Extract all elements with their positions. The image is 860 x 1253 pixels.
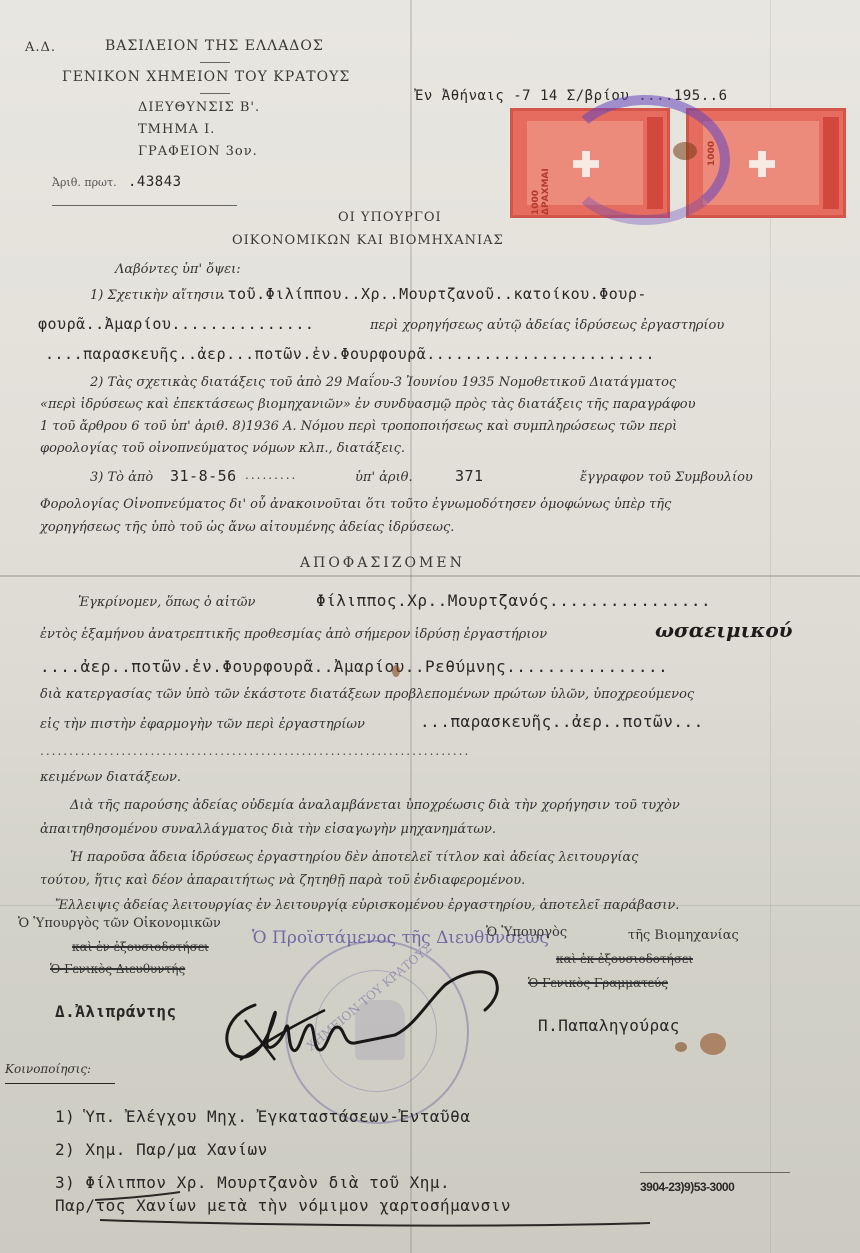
handwritten-signature xyxy=(215,965,505,1085)
header-rule-1 xyxy=(200,62,230,63)
header-rule-2 xyxy=(200,93,230,94)
stain xyxy=(675,1042,687,1052)
decision-heading: ΑΠΟΦΑΣΙΖΟΜΕΝ xyxy=(300,555,465,571)
print-code: 3904-23)9)53-3000 xyxy=(640,1180,734,1194)
decision-line-2: ἐντὸς ἑξαμήνου ἀνατρεπτικῆς προθεσμίας ἀ… xyxy=(40,627,547,642)
header-prefix: Α.Δ. xyxy=(25,40,56,55)
header-directorate: ΔΙΕΥΘΥΝΣΙΣ Β'. xyxy=(138,100,260,115)
item1-request-printed: περὶ χορηγήσεως αὐτῷ ἀδείας ἱδρύσεως ἐργ… xyxy=(370,318,724,333)
left-struck-line-2: Ὁ Γενικὸς Διευθυντής xyxy=(50,962,185,976)
item2-line-3: 1 τοῦ ἄρθρου 6 τοῦ ὑπ' ἀριθ. 8)1936 Α. Ν… xyxy=(40,419,677,434)
title-line-1: ΟΙ ΥΠΟΥΡΓΟΙ xyxy=(338,210,442,225)
left-struck-line-1: καὶ ἐν ἐξουσιοδοτήσει xyxy=(72,940,209,954)
title-line-2: ΟΙΚΟΝΟΜΙΚΩΝ ΚΑΙ ΒΙΟΜΗΧΑΝΙΑΣ xyxy=(232,233,504,248)
item3-line-2: Φορολογίας Οἰνοπνεύματος δι' οὗ ἀνακοινο… xyxy=(40,497,671,512)
decision-line-7: κειμένων διατάξεων. xyxy=(40,770,181,785)
left-signatory-name: Δ.Ἀλιπράντης xyxy=(55,1002,177,1021)
considering-intro: Λαβόντες ὑπ' ὄψει: xyxy=(115,262,241,277)
item3-date: 31-8-56 xyxy=(170,467,237,485)
para2-line-2: τούτου, ἥτις καὶ δέον ἀπαραιτήτως νὰ ζητ… xyxy=(40,873,525,888)
distribution-item-2: 2) Χημ. Παρ/μα Χανίων xyxy=(55,1140,268,1159)
stain xyxy=(700,1033,726,1055)
decision-line-4: διὰ κατεργασίας τῶν ὑπὸ τῶν ἑκάστοτε δια… xyxy=(40,687,694,702)
protocol-rule xyxy=(52,205,237,206)
item1-applicant-typed: .τοῦ.Φιλίππου..Χρ..Μουρτζανοῦ..κατοίκου.… xyxy=(218,285,647,303)
header-office: ΓΡΑΦΕΙΟΝ 3ον. xyxy=(138,144,258,159)
header-kingdom: ΒΑΣΙΛΕΙΟΝ ΤΗΣ ΕΛΛΑΔΟΣ xyxy=(105,38,324,54)
item2-line-2: «περὶ ἱδρύσεως καὶ ἐπεκτάσεως βιομηχανιῶ… xyxy=(40,397,696,412)
item3-number: 371 xyxy=(455,467,484,485)
right-struck-line-2: Ὁ Γενικὸς Γραμματεύς xyxy=(528,976,668,990)
right-struck-line-1: καὶ ἐκ ἐξουσιοδοτήσει xyxy=(556,952,693,966)
header-section: ΤΜΗΜΑ Ι. xyxy=(138,122,215,137)
item2-line-4: φορολογίας τοῦ οἰνοπνεύματος νόμων κλπ.,… xyxy=(40,441,405,456)
decision-line-5-typed: ...παρασκευῆς..ἀερ..ποτῶν... xyxy=(420,712,704,731)
protocol-label: Ἀριθ. πρωτ. xyxy=(52,176,117,189)
distribution-rule xyxy=(5,1083,115,1084)
protocol-number: .43843 xyxy=(128,174,182,190)
right-signatory-name: Π.Παπαληγούρας xyxy=(538,1016,680,1035)
cancellation-postmark xyxy=(560,95,730,225)
decision-dots-line: ........................................… xyxy=(40,744,470,758)
handwritten-word: ωσαειμικού xyxy=(655,618,793,642)
item3-printed-c: ἔγγραφον τοῦ Συμβουλίου xyxy=(580,470,753,485)
para2-line-1: Ἡ παροῦσα ἄδεια ἱδρύσεως ἐργαστηρίου δὲν… xyxy=(70,850,638,865)
right-signatory-title-b: τῆς Βιομηχανίας xyxy=(628,928,739,943)
print-code-rule xyxy=(640,1172,790,1173)
decision-line-5-printed: εἰς τὴν πιστὴν ἐφαρμογὴν τῶν περὶ ἐργαστ… xyxy=(40,717,365,732)
decision-location-typed: ....ἀερ..ποτῶν.ἐν.Φουρφουρᾶ..Ἀμαρίου..Ρε… xyxy=(40,657,668,676)
item3-printed-b: ὑπ' ἀριθ. xyxy=(355,470,413,485)
item2-line-1: 2) Τὰς σχετικὰς διατάξεις τοῦ ἀπὸ 29 Μαΐ… xyxy=(90,375,676,390)
para1-line-2: ἀπαιτηθησομένου συναλλάγματος διὰ τὴν εἰ… xyxy=(40,822,496,837)
para3-line-1: Ἔλλειψις ἀδείας λειτουργίας ἐν λειτουργί… xyxy=(55,898,679,913)
item1-purpose-typed: ....παρασκευῆς..ἀερ...ποτῶν.ἐν.Φουρφουρᾶ… xyxy=(45,345,655,363)
handwritten-underline xyxy=(90,1190,650,1230)
header-agency: ΓΕΝΙΚΟΝ ΧΗΜΕΙΟΝ ΤΟΥ ΚΡΑΤΟΥΣ xyxy=(62,69,350,85)
approve-printed: Ἐγκρίνομεν, ὅπως ὁ αἰτῶν xyxy=(78,595,255,610)
right-signatory-title-a: Ὁ Ὑπουργὸς xyxy=(486,925,567,940)
stain xyxy=(392,665,400,677)
applicant-name-typed: Φίλιππος.Χρ..Μουρτζανός................ xyxy=(316,591,711,610)
stain xyxy=(673,142,697,160)
para1-line-1: Διὰ τῆς παρούσης ἀδείας οὐδεμία ἀναλαμβά… xyxy=(70,798,680,813)
distribution-label: Κοινοποίησις: xyxy=(5,1062,91,1076)
item3-dots: ......... xyxy=(245,468,297,482)
distribution-item-1: 1) Ὑπ. Ἐλέγχου Μηχ. Ἐγκαταστάσεων-Ἐνταῦθ… xyxy=(55,1107,470,1126)
item3-line-3: χορηγήσεως τῆς ὑπὸ τοῦ ὡς ἄνω αἰτουμένης… xyxy=(40,520,454,535)
left-signatory-title: Ὁ Ὑπουργὸς τῶν Οἰκονομικῶν xyxy=(18,916,221,931)
item1-village-typed: φουρᾶ..Ἀμαρίου............... xyxy=(38,315,314,333)
paper-fold-horizontal xyxy=(0,575,860,577)
item1-printed: 1) Σχετικὴν αἴτησιν xyxy=(90,288,223,303)
stamp-value: 1000 ΔΡΑΧΜΑΙ xyxy=(531,141,551,215)
item3-printed-a: 3) Τὸ ἀπὸ xyxy=(90,470,153,485)
